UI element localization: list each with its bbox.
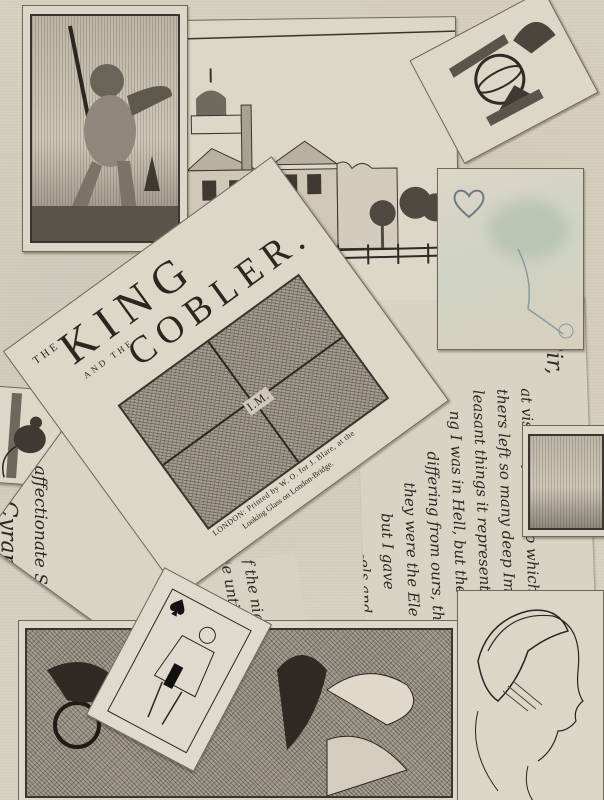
profile-sketch	[457, 590, 604, 800]
faint-ghost-sketch	[508, 239, 578, 339]
heart-sketch-card	[437, 168, 584, 350]
cupid-engraving	[30, 14, 180, 243]
landscape-print	[522, 425, 604, 537]
cupid-print	[22, 5, 188, 252]
woman-profile-drawing	[458, 591, 603, 800]
knave-figure	[123, 609, 233, 742]
heart-outline-icon	[452, 187, 486, 219]
collage-background: day and made Sir, at vision of Quevedo w…	[0, 0, 604, 800]
letter-left-line-1: affectionate Servant,	[30, 466, 50, 646]
landscape-engraving	[528, 434, 604, 530]
